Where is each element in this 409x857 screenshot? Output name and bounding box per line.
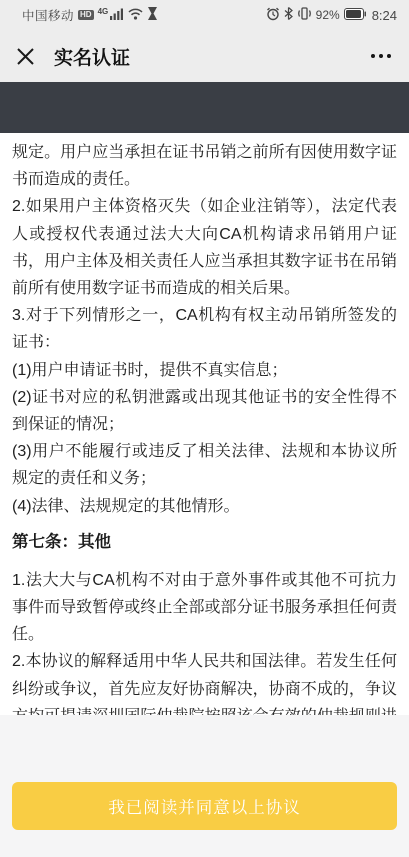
page-title: 实名认证 (54, 43, 369, 70)
agreement-paragraph: 规定。用户应当承担在证书吊销之前所有因使用数字证书而造成的责任。 (12, 139, 397, 193)
carrier-label: 中国移动 (22, 6, 74, 24)
dark-banner (0, 82, 409, 133)
agreement-paragraph: (4)法律、法规规定的其他情形。 (12, 493, 397, 520)
status-right: 92% 8:24 (266, 7, 397, 24)
phone-screen: 中国移动 HD 4G 92% (0, 0, 409, 857)
agreement-paragraph: 1.法大大与CA机构不对由于意外事件或其他不可抗力事件而导致暂停或终止全部或部分… (12, 567, 397, 649)
vibrate-icon (297, 7, 312, 23)
signal-bars-icon (110, 8, 124, 23)
agree-button[interactable]: 我已阅读并同意以上协议 (12, 782, 397, 830)
hourglass-icon (147, 7, 158, 23)
agreement-paragraph: (1)用户申请证书时，提供不真实信息； (12, 357, 397, 384)
agreement-section-heading: 第七条：其他 (12, 529, 397, 556)
agreement-paragraph: 2.本协议的解释适用中华人民共和国法律。若发生任何纠纷或争议，首先应友好协商解决… (12, 648, 397, 715)
alarm-icon (266, 7, 280, 24)
wifi-icon (128, 8, 143, 23)
agreement-paragraph: (3)用户不能履行或违反了相关法律、法规和本协议所规定的责任和义务； (12, 438, 397, 492)
agreement-paragraph: 3.对于下列情形之一，CA机构有权主动吊销所签发的证书： (12, 302, 397, 356)
agreement-paragraph: 2.如果用户主体资格灭失（如企业注销等），法定代表人或授权代表通过法大大向CA机… (12, 193, 397, 302)
clock-label: 8:24 (372, 8, 397, 23)
agreement-paragraph: (2)证书对应的私钥泄露或出现其他证书的安全性得不到保证的情况； (12, 384, 397, 438)
status-left: 中国移动 HD 4G (22, 6, 158, 24)
battery-icon (344, 8, 366, 23)
more-dots-icon[interactable] (369, 48, 393, 64)
status-bar: 中国移动 HD 4G 92% (0, 0, 409, 30)
navbar: 实名认证 (0, 30, 409, 82)
battery-percent-label: 92% (316, 8, 340, 22)
close-icon[interactable] (16, 45, 38, 67)
network-type-label: 4G (98, 7, 109, 16)
footer-bar: 我已阅读并同意以上协议 (0, 715, 409, 857)
agreement-body: 规定。用户应当承担在证书吊销之前所有因使用数字证书而造成的责任。2.如果用户主体… (0, 133, 409, 715)
bluetooth-icon (284, 7, 293, 23)
hd-badge: HD (78, 10, 94, 20)
